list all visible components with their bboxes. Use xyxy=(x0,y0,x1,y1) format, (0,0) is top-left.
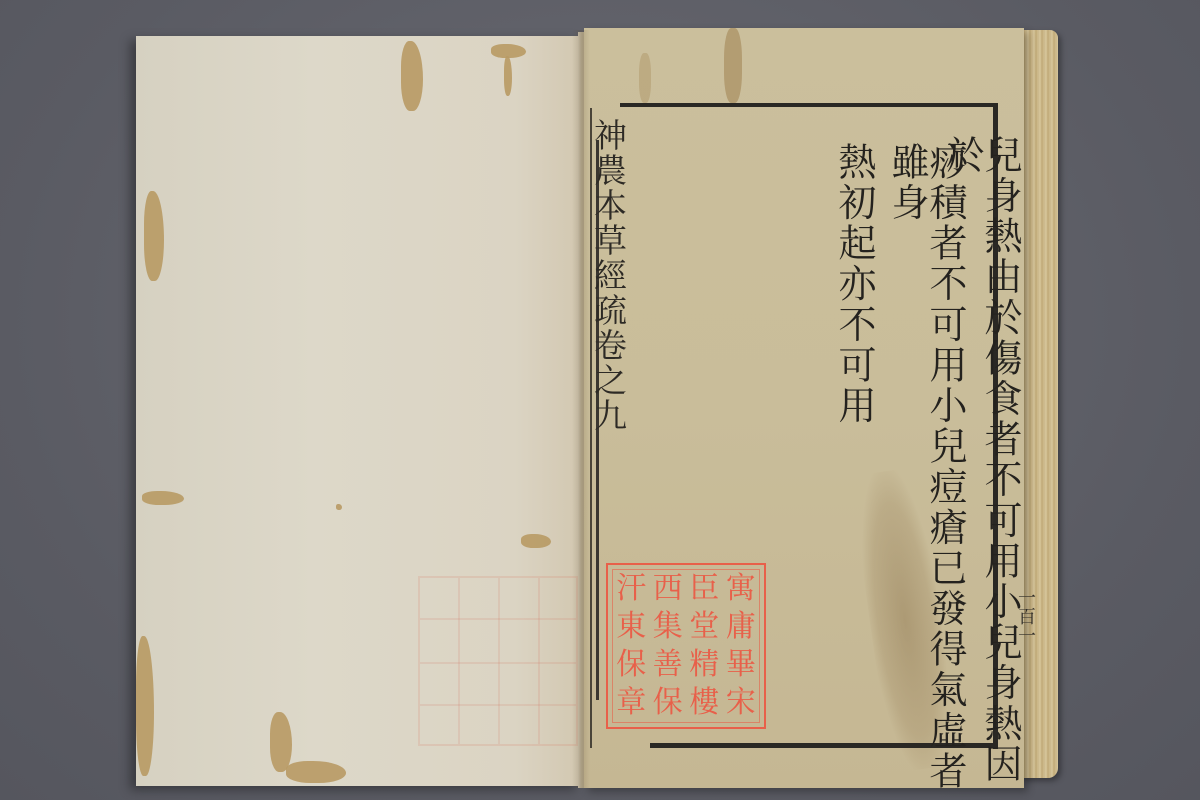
open-book: 神農本草經疏卷之九 兒身熱由於傷食者不可用小兒身熱因於 痧積者不可用小兒痘瘡已發… xyxy=(0,0,1200,800)
worm-damage xyxy=(724,28,742,103)
frame-border-top xyxy=(620,103,996,107)
seal-character: 庸 xyxy=(723,608,760,646)
worm-damage xyxy=(504,56,512,96)
worm-damage xyxy=(639,53,651,103)
seal-character: 堂 xyxy=(686,608,723,646)
seal-character: 保 xyxy=(650,684,687,722)
top-edge-mark xyxy=(870,22,960,36)
worm-damage xyxy=(144,191,164,281)
worm-damage xyxy=(521,534,551,548)
seal-character: 集 xyxy=(650,608,687,646)
seal-character: 東 xyxy=(613,608,650,646)
worm-damage xyxy=(286,761,346,783)
worm-damage xyxy=(142,491,184,505)
seal-character: 保 xyxy=(613,646,650,684)
worm-damage xyxy=(270,712,292,772)
book-title-column: 神農本草經疏卷之九 xyxy=(592,118,625,433)
worm-damage xyxy=(136,636,154,776)
seal-offset-ghost xyxy=(418,576,578,746)
worm-damage xyxy=(401,41,423,111)
seal-character: 善 xyxy=(650,646,687,684)
seal-character: 汗 xyxy=(613,570,650,608)
seal-character: 畢 xyxy=(723,646,760,684)
seal-character: 精 xyxy=(686,646,723,684)
text-column-3: 熱初起亦不可用 xyxy=(835,142,873,426)
page-number: 一百一 xyxy=(1012,588,1038,645)
seal-character: 宋 xyxy=(723,684,760,722)
seal-character: 臣 xyxy=(686,570,723,608)
seal-character: 章 xyxy=(613,684,650,722)
seal-character: 樓 xyxy=(686,684,723,722)
worm-damage xyxy=(336,504,342,510)
left-page xyxy=(136,36,582,786)
page-block-edge xyxy=(1020,30,1058,778)
text-column-2: 痧積者不可用小兒痘瘡已發得氣虛者雖身 xyxy=(888,142,964,800)
seal-character: 西 xyxy=(650,570,687,608)
seal-grid: 寓 庸 畢 宋 臣 堂 精 樓 西 集 善 保 汗 東 保 章 xyxy=(612,569,760,723)
seal-character: 寓 xyxy=(723,570,760,608)
collector-seal: 寓 庸 畢 宋 臣 堂 精 樓 西 集 善 保 汗 東 保 章 xyxy=(606,563,766,729)
fold-shadow xyxy=(572,30,590,788)
